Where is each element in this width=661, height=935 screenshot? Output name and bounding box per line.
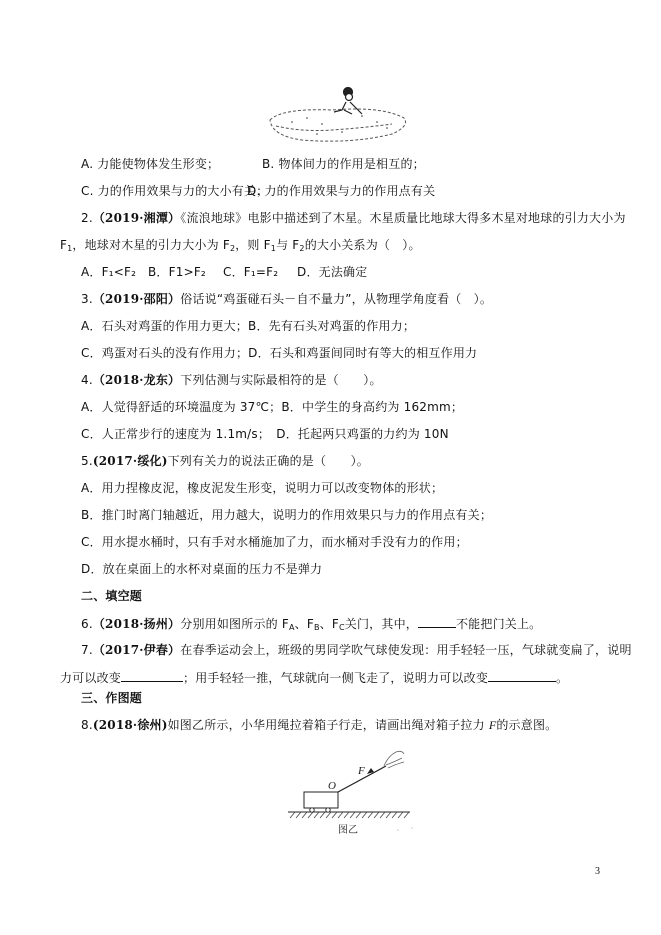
question-8-stem: 8.(2018·徐州)如图乙所示，小华用绳拉着箱子行走，请画出绳对箱子拉力 F的…: [81, 717, 557, 733]
question-7-stem-line2: 力可以改变；用手轻轻一推，气球就向一侧飞走了，说明力可以改变。: [60, 669, 568, 686]
question-source: （2018·龙东）: [93, 373, 180, 387]
q2-option-a: A．F₁<F₂: [81, 264, 136, 280]
answer-blank[interactable]: [488, 669, 556, 682]
q1-option-c: C. 力的作用效果与力的大小有关；: [81, 183, 268, 199]
question-number: 7.: [81, 643, 93, 657]
question-2-stem: 2.（2019·湘潭）《流浪地球》电影中描述到了木星。木星质量比地球大得多木星对…: [81, 210, 626, 226]
point-label: O: [328, 780, 336, 792]
question-5-stem: 5.(2017·绥化)下列有关力的说法正确的是（ ）。: [81, 453, 369, 469]
question-text: 、F: [320, 617, 339, 631]
box-pull-figure: O F 图乙: [278, 740, 423, 840]
question-text: 、F: [295, 617, 314, 631]
q4-options-ab: A．人觉得舒适的环境温度为 37℃；B．中学生的身高约为 162mm；: [81, 399, 463, 415]
q5-option-d: D．放在桌面上的水杯对桌面的压力不是弹力: [81, 561, 322, 577]
q1-option-d: D. 力的作用效果与力的作用点有关: [247, 183, 435, 199]
q5-option-b: B．推门时离门轴越近，用力越大，说明力的作用效果只与力的作用点有关；: [81, 507, 492, 523]
q2-option-c: C．F₁=F₂: [223, 264, 278, 280]
pond-figure: [262, 80, 412, 150]
question-text: 的示意图。: [496, 718, 557, 732]
question-source: (2018·徐州): [93, 718, 168, 732]
question-number: 8.: [81, 718, 93, 732]
question-text: 分别用如图所示的 F: [180, 617, 289, 631]
q1-option-b: B. 物体间力的作用是相互的；: [262, 156, 425, 172]
question-text: 下列估测与实际最相符的是（ ）。: [180, 373, 381, 387]
question-number: 3.: [81, 292, 93, 306]
question-text: ，则 F: [235, 238, 271, 252]
figure-caption: 图乙: [338, 824, 358, 836]
question-source: （2018·扬州）: [93, 617, 180, 631]
question-4-stem: 4.（2018·龙东）下列估测与实际最相符的是（ ）。: [81, 372, 382, 388]
question-source: (2017·绥化): [93, 454, 168, 468]
section-heading-drawing: 三、作图题: [81, 690, 142, 706]
question-text: ，地球对木星的引力大小为 F: [72, 238, 230, 252]
q3-options-cd: C．鸡蛋对石头的没有作用力；D．石头和鸡蛋间同时有等大的相互作用力: [81, 345, 477, 361]
question-source: （2019·湘潭）: [93, 211, 180, 225]
q5-option-c: C．用水提水桶时，只有手对水桶施加了力，而水桶对手没有力的作用；: [81, 534, 468, 550]
question-number: 6.: [81, 617, 93, 631]
question-text: 力可以改变: [60, 671, 121, 685]
question-text: 在春季运动会上，班级的男同学吹气球使发现：用手轻轻一压，气球就变扁了，说明: [180, 643, 631, 657]
question-text: ；用手轻轻一推，气球就向一侧飞走了，说明力可以改变: [183, 671, 488, 685]
question-text: 俗话说“鸡蛋碰石头－自不量力”，从物理学角度看（ ）。: [180, 292, 492, 306]
question-text: 如图乙所示，小华用绳拉着箱子行走，请画出绳对箱子拉力: [168, 718, 489, 732]
question-2-stem-line2: F1，地球对木星的引力大小为 F2，则 F1与 F2的大小关系为（ ）。: [60, 237, 421, 257]
question-source: （2017·伊春）: [93, 643, 180, 657]
q1-option-a: A. 力能使物体发生形变；: [81, 156, 219, 172]
answer-blank[interactable]: [121, 669, 183, 682]
question-text: 下列有关力的说法正确的是（ ）。: [168, 454, 369, 468]
answer-blank[interactable]: [418, 615, 456, 628]
question-text: 不能把门关上。: [456, 617, 541, 631]
question-number: 4.: [81, 373, 93, 387]
question-number: 5.: [81, 454, 93, 468]
question-3-stem: 3.（2019·邵阳）俗话说“鸡蛋碰石头－自不量力”，从物理学角度看（ ）。: [81, 291, 492, 307]
question-6-stem: 6.（2018·扬州）分别用如图所示的 FA、FB、FC关门，其中，不能把门关上…: [81, 615, 541, 636]
section-heading-fill-in: 二、填空题: [81, 588, 142, 604]
page-number: 3: [595, 866, 600, 877]
question-text: 。: [556, 671, 568, 685]
q3-options-ab: A．石头对鸡蛋的作用力更大；B．先有石头对鸡蛋的作用力；: [81, 318, 415, 334]
question-number: 2.: [81, 211, 93, 225]
question-7-stem: 7.（2017·伊春）在春季运动会上，班级的男同学吹气球使发现：用手轻轻一压，气…: [81, 642, 632, 658]
question-text: 的大小关系为（ ）。: [305, 238, 421, 252]
question-text: 《流浪地球》电影中描述到了木星。木星质量比地球大得多木星对地球的引力大小为: [180, 211, 625, 225]
q2-option-b: B．F1>F₂: [148, 264, 206, 280]
q4-options-cd: C．人正常步行的速度为 1.1m/s； D．托起两只鸡蛋的力约为 10N: [81, 426, 449, 442]
force-label: F: [357, 765, 365, 777]
question-text: 关门，其中，: [345, 617, 418, 631]
q5-option-a: A．用力捏橡皮泥，橡皮泥发生形变，说明力可以改变物体的形状；: [81, 480, 443, 496]
question-text: 与 F: [276, 238, 299, 252]
question-source: （2019·邵阳）: [93, 292, 180, 306]
q2-option-d: D．无法确定: [297, 264, 367, 280]
